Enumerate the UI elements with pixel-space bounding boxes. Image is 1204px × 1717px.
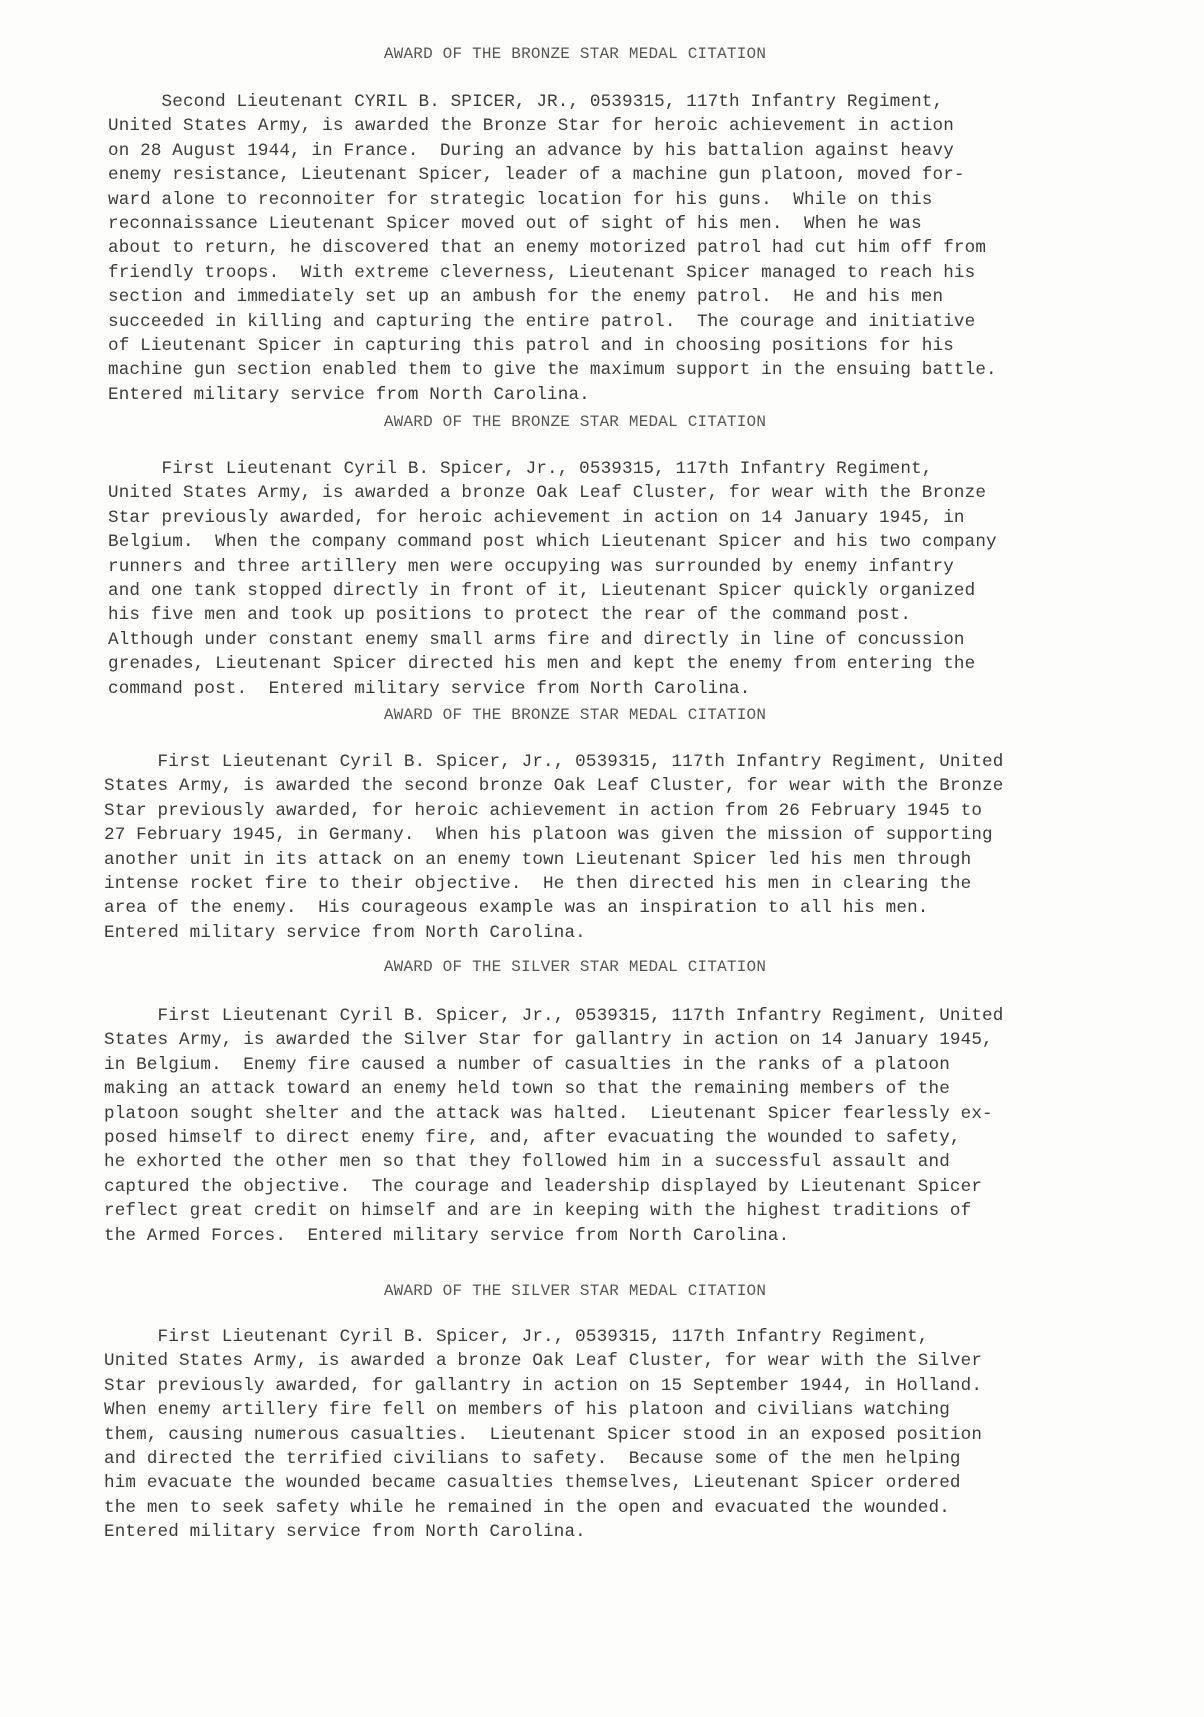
citation-heading: AWARD OF THE BRONZE STAR MEDAL CITATION xyxy=(0,45,1150,63)
citation-line: When enemy artillery fire fell on member… xyxy=(104,1398,1184,1422)
citation-line: on 28 August 1944, in France. During an … xyxy=(108,139,1188,163)
citation-body: First Lieutenant Cyril B. Spicer, Jr., 0… xyxy=(104,1325,1184,1545)
citation-line: posed himself to direct enemy fire, and,… xyxy=(104,1126,1184,1150)
citation-heading: AWARD OF THE SILVER STAR MEDAL CITATION xyxy=(0,1282,1150,1300)
citation-line: Belgium. When the company command post w… xyxy=(108,530,1188,554)
citation-line: captured the objective. The courage and … xyxy=(104,1175,1184,1199)
citation-line: United States Army, is awarded the Bronz… xyxy=(108,114,1188,138)
citation-line: Entered military service from North Caro… xyxy=(104,1520,1184,1544)
citation-line: Although under constant enemy small arms… xyxy=(108,628,1188,652)
citation-line: Entered military service from North Caro… xyxy=(108,383,1188,407)
citation-line: machine gun section enabled them to give… xyxy=(108,358,1188,382)
citation-line: reconnaissance Lieutenant Spicer moved o… xyxy=(108,212,1188,236)
citation-body: First Lieutenant Cyril B. Spicer, Jr., 0… xyxy=(108,457,1188,701)
citation-line: section and immediately set up an ambush… xyxy=(108,285,1188,309)
citation-body: First Lieutenant Cyril B. Spicer, Jr., 0… xyxy=(104,1004,1184,1248)
document-page: AWARD OF THE BRONZE STAR MEDAL CITATION … xyxy=(0,0,1204,1717)
citation-line: command post. Entered military service f… xyxy=(108,677,1188,701)
citation-line: Star previously awarded, for heroic achi… xyxy=(108,506,1188,530)
citation-line: and one tank stopped directly in front o… xyxy=(108,579,1188,603)
citation-line: them, causing numerous casualties. Lieut… xyxy=(104,1423,1184,1447)
citation-line: States Army, is awarded the Silver Star … xyxy=(104,1028,1184,1052)
citation-heading: AWARD OF THE SILVER STAR MEDAL CITATION xyxy=(0,958,1150,976)
citation-line: another unit in its attack on an enemy t… xyxy=(104,848,1184,872)
citation-body: Second Lieutenant CYRIL B. SPICER, JR., … xyxy=(108,90,1188,407)
citation-line: United States Army, is awarded a bronze … xyxy=(108,481,1188,505)
citation-line: the men to seek safety while he remained… xyxy=(104,1496,1184,1520)
citation-line: enemy resistance, Lieutenant Spicer, lea… xyxy=(108,163,1188,187)
citation-line: platoon sought shelter and the attack wa… xyxy=(104,1102,1184,1126)
citation-line: reflect great credit on himself and are … xyxy=(104,1199,1184,1223)
citation-line: he exhorted the other men so that they f… xyxy=(104,1150,1184,1174)
citation-line: and directed the terrified civilians to … xyxy=(104,1447,1184,1471)
citation-line: of Lieutenant Spicer in capturing this p… xyxy=(108,334,1188,358)
citation-line: intense rocket fire to their objective. … xyxy=(104,872,1184,896)
citation-line: Second Lieutenant CYRIL B. SPICER, JR., … xyxy=(108,90,1188,114)
citation-line: Star previously awarded, for gallantry i… xyxy=(104,1374,1184,1398)
citation-line: his five men and took up positions to pr… xyxy=(108,603,1188,627)
citation-line: First Lieutenant Cyril B. Spicer, Jr., 0… xyxy=(104,1004,1184,1028)
citation-line: about to return, he discovered that an e… xyxy=(108,236,1188,260)
citation-line: the Armed Forces. Entered military servi… xyxy=(104,1224,1184,1248)
citation-line: 27 February 1945, in Germany. When his p… xyxy=(104,823,1184,847)
citation-line: making an attack toward an enemy held to… xyxy=(104,1077,1184,1101)
citation-line: friendly troops. With extreme cleverness… xyxy=(108,261,1188,285)
citation-heading: AWARD OF THE BRONZE STAR MEDAL CITATION xyxy=(0,706,1150,724)
citation-line: runners and three artillery men were occ… xyxy=(108,555,1188,579)
citation-line: States Army, is awarded the second bronz… xyxy=(104,774,1184,798)
citation-line: Star previously awarded, for heroic achi… xyxy=(104,799,1184,823)
citation-line: in Belgium. Enemy fire caused a number o… xyxy=(104,1053,1184,1077)
citation-line: grenades, Lieutenant Spicer directed his… xyxy=(108,652,1188,676)
citation-line: area of the enemy. His courageous exampl… xyxy=(104,896,1184,920)
citation-heading: AWARD OF THE BRONZE STAR MEDAL CITATION xyxy=(0,413,1150,431)
citation-line: him evacuate the wounded became casualti… xyxy=(104,1471,1184,1495)
citation-line: First Lieutenant Cyril B. Spicer, Jr., 0… xyxy=(104,1325,1184,1349)
citation-line: First Lieutenant Cyril B. Spicer, Jr., 0… xyxy=(108,457,1188,481)
citation-line: ward alone to reconnoiter for strategic … xyxy=(108,188,1188,212)
citation-line: Entered military service from North Caro… xyxy=(104,921,1184,945)
citation-line: United States Army, is awarded a bronze … xyxy=(104,1349,1184,1373)
citation-line: First Lieutenant Cyril B. Spicer, Jr., 0… xyxy=(104,750,1184,774)
citation-line: succeeded in killing and capturing the e… xyxy=(108,310,1188,334)
citation-body: First Lieutenant Cyril B. Spicer, Jr., 0… xyxy=(104,750,1184,945)
